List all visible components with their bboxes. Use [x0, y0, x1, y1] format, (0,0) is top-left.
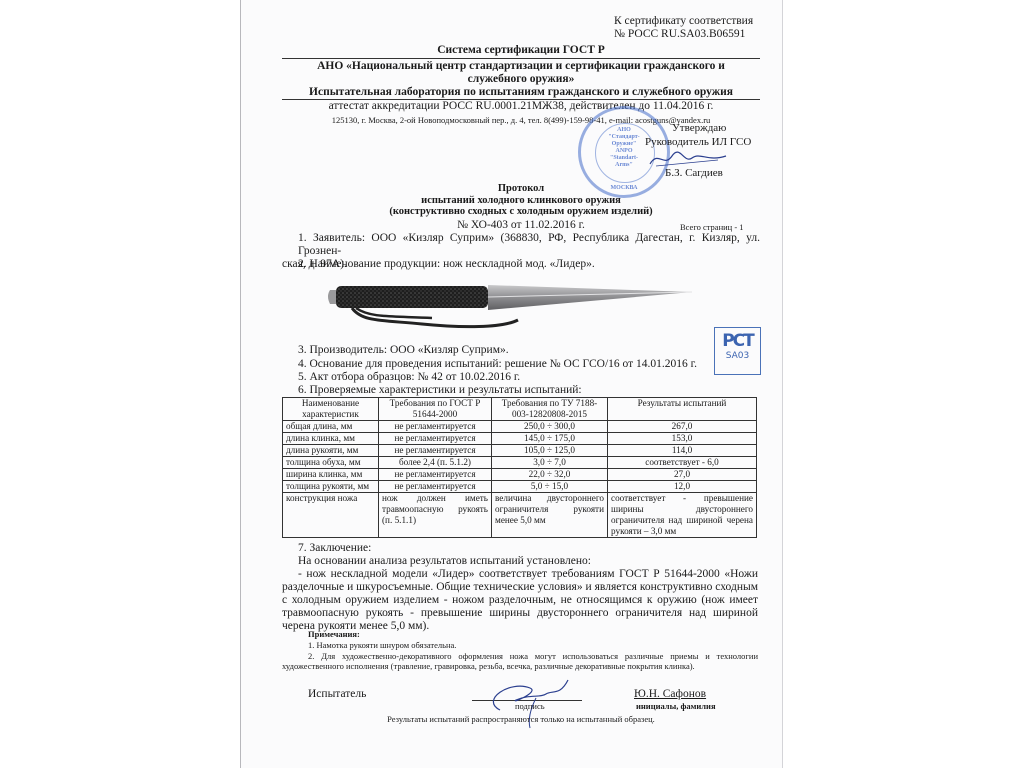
conclusion-text: - нож нескладной модели «Лидер» соответс… [282, 568, 758, 633]
organization-name: АНО «Национальный центр стандартизации и… [282, 60, 760, 86]
cell-gost: более 2,4 (п. 5.1.2) [379, 457, 492, 469]
cell-tu: величина двустороннего ограничителя руко… [492, 493, 608, 538]
conclusion-intro: На основании анализа результатов испытан… [298, 555, 591, 568]
cell-tu: 145,0 ÷ 175,0 [492, 433, 608, 445]
table-row: общая длина, мм не регламентируется 250,… [283, 421, 757, 433]
cell-gost: не регламентируется [379, 445, 492, 457]
gost-r-mark: РСТ SA03 [714, 327, 761, 375]
note-2: 2. Для художественно-декоративного оформ… [282, 651, 758, 671]
protocol-subtitle: испытаний холодного клинкового оружия [282, 195, 760, 207]
table-row: длина клинка, мм не регламентируется 145… [283, 433, 757, 445]
footer-disclaimer: Результаты испытаний распространяются то… [282, 714, 760, 724]
certificate-reference: К сертификату соответствия № РОСС RU.SA0… [614, 15, 753, 41]
protocol-subtitle-note: (конструктивно сходных с холодным оружие… [282, 206, 760, 218]
tester-name: Ю.Н. Сафонов [634, 688, 706, 701]
table-row: толщина рукояти, мм не регламентируется … [283, 481, 757, 493]
accreditation-text: аттестат аккредитации РОСС RU.0001.21МЖ3… [282, 100, 760, 112]
conclusion-heading: 7. Заключение: [298, 542, 371, 555]
cell-gost: не регламентируется [379, 481, 492, 493]
table-header-row: Наименование характеристик Требования по… [283, 398, 757, 421]
table-row: длина рукояти, мм не регламентируется 10… [283, 445, 757, 457]
laboratory-name: Испытательная лаборатория по испытаниям … [282, 86, 760, 99]
page-count: Всего страниц - 1 [680, 222, 744, 232]
header-tu-requirement: Требования по ТУ 7188-003-12820808-2015 [492, 398, 608, 421]
cell-characteristic: толщина обуха, мм [283, 457, 379, 469]
checked-characteristics: 6. Проверяемые характеристики и результа… [298, 384, 582, 397]
table-row: конструкция ножа нож должен иметь травмо… [283, 493, 757, 538]
cell-gost: не регламентируется [379, 433, 492, 445]
header-divider [282, 58, 760, 59]
cell-result: 12,0 [608, 481, 757, 493]
notes-heading: Примечания: [308, 629, 360, 639]
signature-caption: подпись [515, 701, 545, 711]
cell-gost: не регламентируется [379, 421, 492, 433]
approver-name: Б.З. Сагдиев [665, 167, 723, 179]
cell-gost: не регламентируется [379, 469, 492, 481]
approver-position: Руководитель ИЛ ГСО [645, 136, 751, 148]
cell-result: 27,0 [608, 469, 757, 481]
tester-name-caption: инициалы, фамилия [636, 701, 716, 711]
header-test-result: Результаты испытаний [608, 398, 757, 421]
gost-r-logo-icon: РСТ [715, 331, 760, 351]
cell-result: соответствует - 6,0 [608, 457, 757, 469]
manufacturer: 3. Производитель: ООО «Кизляр Суприм». [298, 344, 509, 357]
cell-tu: 105,0 ÷ 125,0 [492, 445, 608, 457]
approve-label: Утверждаю [672, 122, 726, 134]
results-table: Наименование характеристик Требования по… [282, 397, 757, 538]
stamp-text-1: АНО [581, 127, 667, 134]
cell-gost: нож должен иметь травмоопасную рукоять (… [379, 493, 492, 538]
note-1: 1. Намотка рукояти шнуром обязательна. [308, 640, 456, 650]
cell-tu: 5,0 ÷ 15,0 [492, 481, 608, 493]
organization-name-line2: служебного оружия» [282, 73, 760, 86]
header-characteristic: Наименование характеристик [283, 398, 379, 421]
certification-system-title: Система сертификации ГОСТ Р [282, 44, 760, 57]
cell-characteristic: длина рукояти, мм [283, 445, 379, 457]
cell-tu: 22,0 ÷ 32,0 [492, 469, 608, 481]
cell-characteristic: общая длина, мм [283, 421, 379, 433]
certificate-ref-number: № РОСС RU.SA03.B06591 [614, 28, 753, 41]
sample-act: 5. Акт отбора образцов: № 42 от 10.02.20… [298, 371, 520, 384]
cell-tu: 250,0 ÷ 300,0 [492, 421, 608, 433]
header-gost-requirement: Требования по ГОСТ Р 51644-2000 [379, 398, 492, 421]
cell-characteristic: ширина клинка, мм [283, 469, 379, 481]
protocol-title: Протокол [282, 183, 760, 195]
gost-r-code: SA03 [715, 351, 760, 361]
certificate-ref-line1: К сертификату соответствия [614, 15, 753, 28]
cell-characteristic: конструкция ножа [283, 493, 379, 538]
table-row: толщина обуха, мм более 2,4 (п. 5.1.2) 3… [283, 457, 757, 469]
organization-name-line1: АНО «Национальный центр стандартизации и… [282, 60, 760, 73]
cell-tu: 3,0 ÷ 7,0 [492, 457, 608, 469]
test-basis: 4. Основание для проведения испытаний: р… [298, 358, 697, 371]
product-name: 2. Наименование продукции: нож нескладно… [298, 258, 595, 271]
cell-characteristic: длина клинка, мм [283, 433, 379, 445]
knife-image [322, 272, 722, 332]
cell-result: соответствует - превышение ширины двусто… [608, 493, 757, 538]
cell-result: 267,0 [608, 421, 757, 433]
cell-result: 114,0 [608, 445, 757, 457]
cell-result: 153,0 [608, 433, 757, 445]
tester-role: Испытатель [308, 688, 366, 701]
cell-characteristic: толщина рукояти, мм [283, 481, 379, 493]
table-row: ширина клинка, мм не регламентируется 22… [283, 469, 757, 481]
applicant-line1: 1. Заявитель: ООО «Кизляр Суприм» (36883… [282, 232, 760, 258]
